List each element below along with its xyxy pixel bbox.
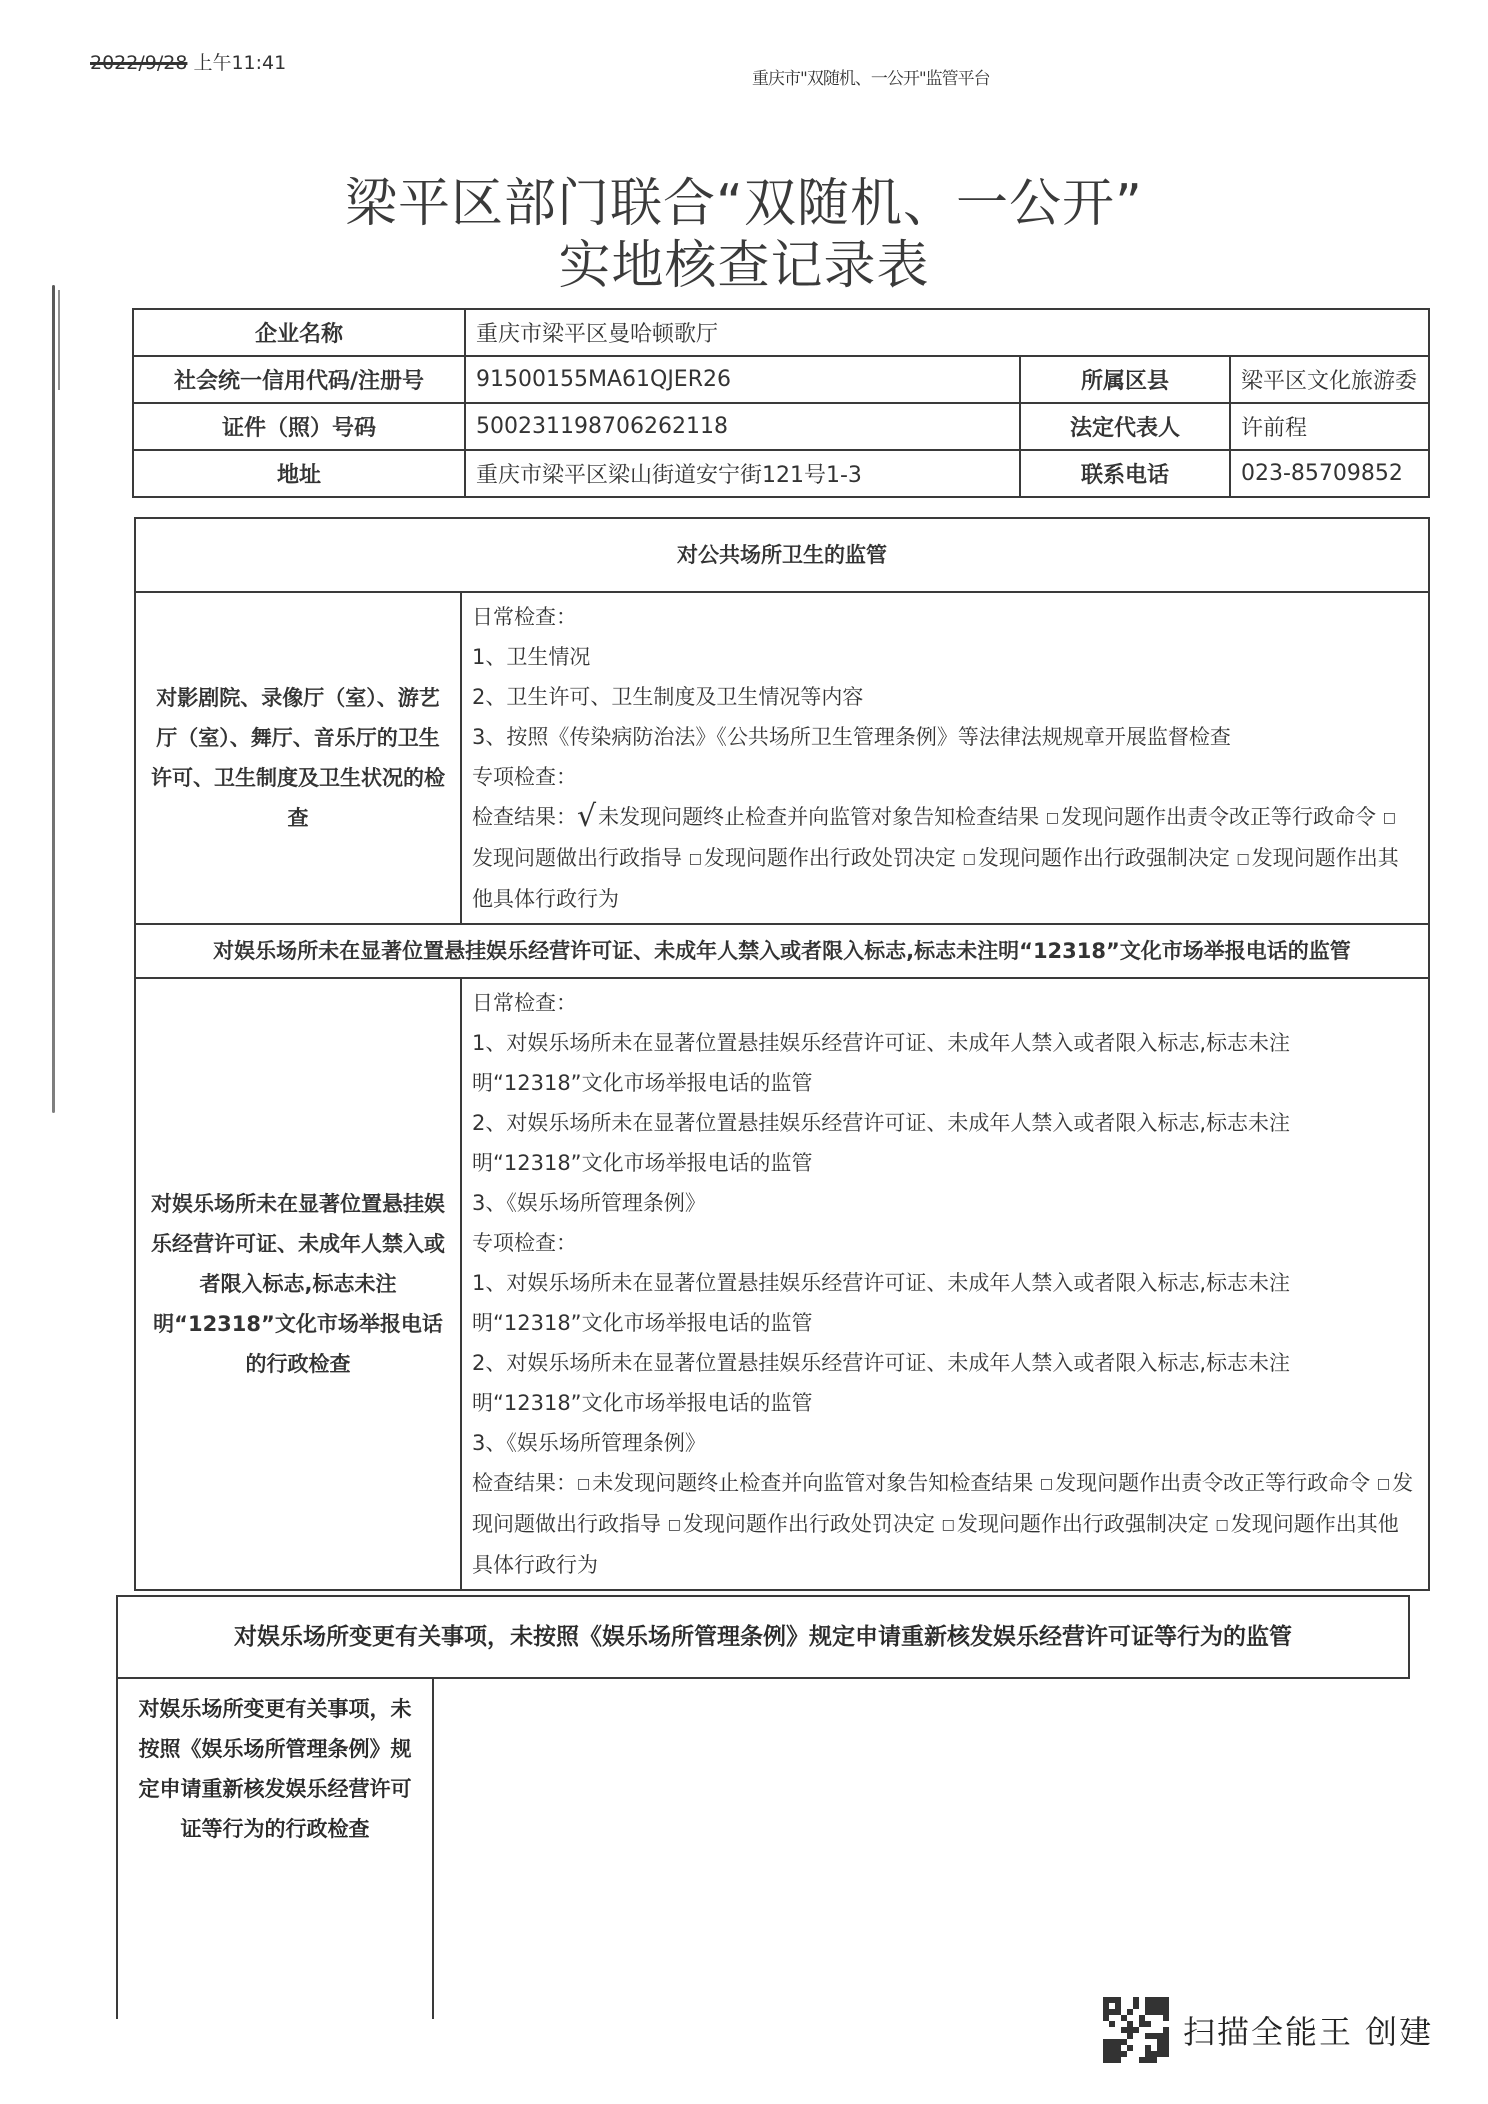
checkbox-icon[interactable]: □ xyxy=(1383,798,1396,838)
section-1-item: 对影剧院、录像厅（室）、游艺厅（室）、舞厅、音乐厅的卫生许可、卫生制度及卫生状况… xyxy=(135,592,461,924)
platform-name: 重庆市"双随机、一公开"监管平台 xyxy=(752,64,990,89)
section-body-row: 对娱乐场所未在显著位置悬挂娱乐经营许可证、未成年人禁入或者限入标志,标志未注明“… xyxy=(135,978,1429,1590)
watermark-text: 扫描全能王 创建 xyxy=(1183,2007,1433,2053)
checkbox-icon[interactable]: □ xyxy=(668,1505,681,1545)
special-check-label: 专项检查： xyxy=(472,1223,1418,1263)
info-row: 企业名称 重庆市梁平区曼哈顿歌厅 xyxy=(133,309,1429,356)
result-option[interactable]: □发现问题作出行政处罚决定 xyxy=(689,846,956,870)
credit-code-value: 91500155MA61QJER26 xyxy=(465,356,1020,403)
scan-artifact-line xyxy=(52,285,55,1113)
title-line-2: 实地核查记录表 xyxy=(0,235,1488,297)
section-3-details xyxy=(433,1678,1409,2019)
checkbox-icon[interactable]: □ xyxy=(577,1464,590,1504)
result-option-label: 发现问题作出行政强制决定 xyxy=(957,1512,1209,1536)
result-option-label: 未发现问题终止检查并向监管对象告知检查结果 xyxy=(598,805,1039,829)
result-option[interactable]: √未发现问题终止检查并向监管对象告知检查结果 xyxy=(577,805,1039,829)
result-option-label: 发现问题作出行政处罚决定 xyxy=(683,1512,935,1536)
section-1-details: 日常检查： 1、卫生情况 2、卫生许可、卫生制度及卫生情况等内容 3、按照《传染… xyxy=(461,592,1429,924)
checkbox-icon[interactable]: □ xyxy=(1046,798,1059,838)
company-name-label: 企业名称 xyxy=(133,309,465,356)
district-label: 所属区县 xyxy=(1020,356,1230,403)
credit-code-label: 社会统一信用代码/注册号 xyxy=(133,356,465,403)
section-body-row: 对娱乐场所变更有关事项，未按照《娱乐场所管理条例》规定申请重新核发娱乐经营许可证… xyxy=(117,1678,1409,2019)
info-row: 社会统一信用代码/注册号 91500155MA61QJER26 所属区县 梁平区… xyxy=(133,356,1429,403)
company-name-value: 重庆市梁平区曼哈顿歌厅 xyxy=(465,309,1429,356)
inspection-table-continued: 对娱乐场所变更有关事项，未按照《娱乐场所管理条例》规定申请重新核发娱乐经营许可证… xyxy=(116,1595,1410,2019)
inspection-results: 检查结果：□未发现问题终止检查并向监管对象告知检查结果 □发现问题作出责令改正等… xyxy=(472,1463,1418,1585)
phone-label: 联系电话 xyxy=(1020,450,1230,497)
daily-check-label: 日常检查： xyxy=(472,597,1418,637)
section-header-row: 对娱乐场所变更有关事项，未按照《娱乐场所管理条例》规定申请重新核发娱乐经营许可证… xyxy=(117,1596,1409,1678)
section-2-item: 对娱乐场所未在显著位置悬挂娱乐经营许可证、未成年人禁入或者限入标志,标志未注明“… xyxy=(135,978,461,1590)
print-time: 上午11:41 xyxy=(193,52,286,74)
result-option[interactable]: □发现问题作出责令改正等行政命令 xyxy=(1046,805,1376,829)
checkbox-icon[interactable]: □ xyxy=(1216,1505,1229,1545)
section-header-row: 对公共场所卫生的监管 xyxy=(135,518,1429,592)
print-timestamp: 2022/9/28 上午11:41 xyxy=(90,48,286,75)
special-check-item: 1、对娱乐场所未在显著位置悬挂娱乐经营许可证、未成年人禁入或者限入标志,标志未注… xyxy=(472,1263,1418,1343)
company-info-table: 企业名称 重庆市梁平区曼哈顿歌厅 社会统一信用代码/注册号 91500155MA… xyxy=(132,308,1430,498)
daily-check-item: 3、按照《传染病防治法》《公共场所卫生管理条例》等法律法规规章开展监督检查 xyxy=(472,717,1418,757)
section-header-row: 对娱乐场所未在显著位置悬挂娱乐经营许可证、未成年人禁入或者限入标志,标志未注明“… xyxy=(135,924,1429,978)
special-check-item: 2、对娱乐场所未在显著位置悬挂娱乐经营许可证、未成年人禁入或者限入标志,标志未注… xyxy=(472,1343,1418,1423)
result-option[interactable]: □发现问题作出行政强制决定 xyxy=(963,846,1230,870)
result-option-label: 发现问题作出行政处罚决定 xyxy=(704,846,956,870)
inspection-results: 检查结果：√未发现问题终止检查并向监管对象告知检查结果 □发现问题作出责令改正等… xyxy=(472,797,1418,919)
print-date: 2022/9/28 xyxy=(90,52,187,74)
qr-code-icon xyxy=(1103,1997,1169,2063)
result-label: 检查结果： xyxy=(472,1471,577,1495)
license-no-label: 证件（照）号码 xyxy=(133,403,465,450)
checkbox-icon[interactable]: □ xyxy=(942,1505,955,1545)
info-row: 证件（照）号码 500231198706262118 法定代表人 许前程 xyxy=(133,403,1429,450)
result-option-label: 发现问题作出责令改正等行政命令 xyxy=(1055,1471,1370,1495)
special-check-label: 专项检查： xyxy=(472,757,1418,797)
daily-check-item: 1、对娱乐场所未在显著位置悬挂娱乐经营许可证、未成年人禁入或者限入标志,标志未注… xyxy=(472,1023,1418,1103)
result-option-label: 发现问题做出行政指导 xyxy=(472,846,682,870)
checkbox-icon[interactable]: □ xyxy=(1040,1464,1053,1504)
section-2-title: 对娱乐场所未在显著位置悬挂娱乐经营许可证、未成年人禁入或者限入标志,标志未注明“… xyxy=(135,924,1429,978)
result-option-label: 未发现问题终止检查并向监管对象告知检查结果 xyxy=(592,1471,1033,1495)
result-option-label: 发现问题作出行政强制决定 xyxy=(978,846,1230,870)
daily-check-item: 3、《娱乐场所管理条例》 xyxy=(472,1183,1418,1223)
daily-check-label: 日常检查： xyxy=(472,983,1418,1023)
daily-check-item: 2、卫生许可、卫生制度及卫生情况等内容 xyxy=(472,677,1418,717)
daily-check-item: 2、对娱乐场所未在显著位置悬挂娱乐经营许可证、未成年人禁入或者限入标志,标志未注… xyxy=(472,1103,1418,1183)
district-value: 梁平区文化旅游委 xyxy=(1230,356,1429,403)
info-row: 地址 重庆市梁平区梁山街道安宁街121号1-3 联系电话 023-8570985… xyxy=(133,450,1429,497)
license-no-value: 500231198706262118 xyxy=(465,403,1020,450)
checkbox-icon[interactable]: □ xyxy=(1237,839,1250,879)
result-option[interactable]: □未发现问题终止检查并向监管对象告知检查结果 xyxy=(577,1471,1033,1495)
inspection-table: 对公共场所卫生的监管 对影剧院、录像厅（室）、游艺厅（室）、舞厅、音乐厅的卫生许… xyxy=(134,517,1430,1591)
result-label: 检查结果： xyxy=(472,805,577,829)
checkmark-icon[interactable]: √ xyxy=(577,799,596,834)
scanner-watermark: 扫描全能王 创建 xyxy=(1103,1997,1433,2063)
section-3-item: 对娱乐场所变更有关事项，未按照《娱乐场所管理条例》规定申请重新核发娱乐经营许可证… xyxy=(117,1678,433,2019)
section-body-row: 对影剧院、录像厅（室）、游艺厅（室）、舞厅、音乐厅的卫生许可、卫生制度及卫生状况… xyxy=(135,592,1429,924)
document-title: 梁平区部门联合“双随机、一公开” 实地核查记录表 xyxy=(0,173,1488,297)
legal-rep-value: 许前程 xyxy=(1230,403,1429,450)
checkbox-icon[interactable]: □ xyxy=(689,839,702,879)
section-3-title: 对娱乐场所变更有关事项，未按照《娱乐场所管理条例》规定申请重新核发娱乐经营许可证… xyxy=(117,1596,1409,1678)
result-option[interactable]: □发现问题作出行政处罚决定 xyxy=(668,1512,935,1536)
special-check-item: 3、《娱乐场所管理条例》 xyxy=(472,1423,1418,1463)
checkbox-icon[interactable]: □ xyxy=(1377,1464,1390,1504)
scan-artifact-line xyxy=(58,290,60,390)
result-option[interactable]: □发现问题作出责令改正等行政命令 xyxy=(1040,1471,1370,1495)
section-2-details: 日常检查： 1、对娱乐场所未在显著位置悬挂娱乐经营许可证、未成年人禁入或者限入标… xyxy=(461,978,1429,1590)
section-1-title: 对公共场所卫生的监管 xyxy=(135,518,1429,592)
phone-value: 023-85709852 xyxy=(1230,450,1429,497)
daily-check-item: 1、卫生情况 xyxy=(472,637,1418,677)
address-label: 地址 xyxy=(133,450,465,497)
result-option-label: 发现问题作出责令改正等行政命令 xyxy=(1061,805,1376,829)
title-line-1: 梁平区部门联合“双随机、一公开” xyxy=(0,173,1488,235)
address-value: 重庆市梁平区梁山街道安宁街121号1-3 xyxy=(465,450,1020,497)
legal-rep-label: 法定代表人 xyxy=(1020,403,1230,450)
result-option[interactable]: □发现问题作出行政强制决定 xyxy=(942,1512,1209,1536)
checkbox-icon[interactable]: □ xyxy=(963,839,976,879)
